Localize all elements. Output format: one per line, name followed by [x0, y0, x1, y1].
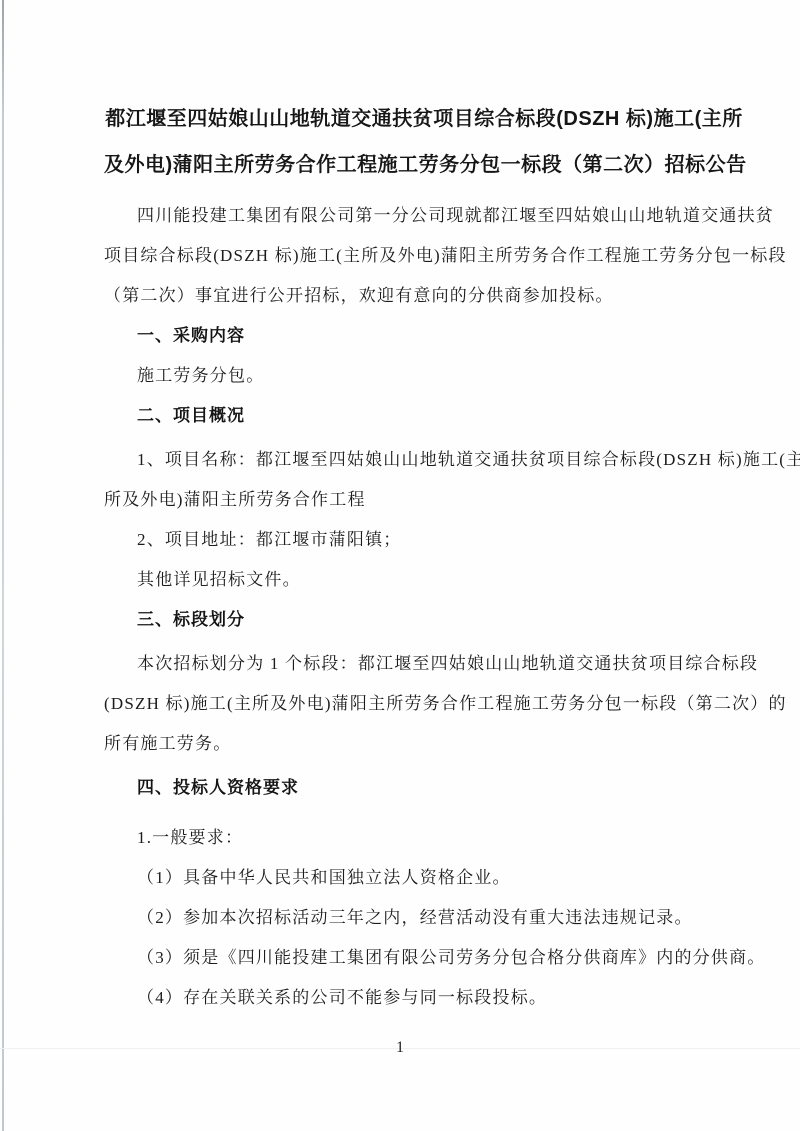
section-1-body: 施工劳务分包。 — [104, 356, 744, 396]
section-2-heading: 二、项目概况 — [104, 396, 744, 436]
document-title: 都江堰至四姑娘山山地轨道交通扶贫项目综合标段(DSZH 标)施工(主所 及外电)… — [104, 96, 744, 188]
intro-paragraph-line-3: （第二次）事宜进行公开招标，欢迎有意向的分供商参加投标。 — [104, 276, 744, 316]
general-requirements-label: 1.一般要求： — [104, 818, 744, 858]
requirement-item-3: （3）须是《四川能投建工集团有限公司劳务分包合格分供商库》内的分供商。 — [104, 938, 744, 978]
see-tender-docs-line: 其他详见招标文件。 — [104, 560, 744, 600]
requirement-item-2: （2）参加本次招标活动三年之内，经营活动没有重大违法违规记录。 — [104, 898, 744, 938]
document-title-line-1: 都江堰至四姑娘山山地轨道交通扶贫项目综合标段(DSZH 标)施工(主所 — [104, 96, 744, 142]
section-4-heading: 四、投标人资格要求 — [104, 768, 744, 808]
lot-division-line-1: 本次招标划分为 1 个标段：都江堰至四姑娘山山地轨道交通扶贫项目综合标段 — [104, 644, 744, 684]
project-name-line-1: 1、项目名称：都江堰至四姑娘山山地轨道交通扶贫项目综合标段(DSZH 标)施工(… — [104, 440, 744, 480]
lot-division-line-3: 所有施工劳务。 — [104, 724, 744, 764]
project-name-line-2: 所及外电)蒲阳主所劳务合作工程 — [104, 480, 744, 520]
intro-paragraph-line-1: 四川能投建工集团有限公司第一分公司现就都江堰至四姑娘山山地轨道交通扶贫 — [104, 196, 744, 236]
intro-paragraph-line-2: 项目综合标段(DSZH 标)施工(主所及外电)蒲阳主所劳务合作工程施工劳务分包一… — [104, 236, 744, 276]
section-1-heading: 一、采购内容 — [104, 316, 744, 356]
document-page: 都江堰至四姑娘山山地轨道交通扶贫项目综合标段(DSZH 标)施工(主所 及外电)… — [0, 0, 800, 1131]
requirement-item-4: （4）存在关联关系的公司不能参与同一标段投标。 — [104, 978, 744, 1018]
lot-division-line-2: (DSZH 标)施工(主所及外电)蒲阳主所劳务合作工程施工劳务分包一标段（第二次… — [104, 684, 744, 724]
scan-edge-artifact — [2, 0, 4, 1131]
section-3-heading: 三、标段划分 — [104, 600, 744, 640]
document-content: 都江堰至四姑娘山山地轨道交通扶贫项目综合标段(DSZH 标)施工(主所 及外电)… — [104, 96, 744, 1018]
page-number: 1 — [396, 1039, 404, 1056]
requirement-item-1: （1）具备中华人民共和国独立法人资格企业。 — [104, 858, 744, 898]
document-title-line-2: 及外电)蒲阳主所劳务合作工程施工劳务分包一标段（第二次）招标公告 — [104, 142, 744, 188]
page-footer: 1 — [0, 1034, 800, 1062]
project-address-line: 2、项目地址：都江堰市蒲阳镇； — [104, 520, 744, 560]
